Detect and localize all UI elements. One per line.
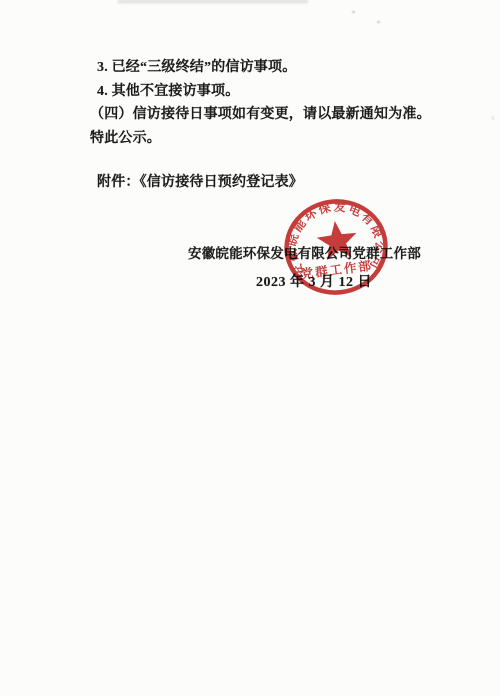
- document-page: 3. 已经“三级终结”的信访事项。 4. 其他不宜接访事项。 （四）信访接待日事…: [0, 0, 500, 696]
- body-line-closing: 特此公示。: [90, 127, 450, 151]
- scan-artifact: [492, 116, 494, 120]
- star-icon: [315, 219, 359, 262]
- official-seal: 安徽皖能环保发电有限公司 党群工作部: [271, 182, 401, 312]
- notice-body: 3. 已经“三级终结”的信访事项。 4. 其他不宜接访事项。 （四）信访接待日事…: [90, 56, 450, 150]
- body-line-3: 3. 已经“三级终结”的信访事项。: [90, 56, 450, 80]
- seal-department-text: 党群工作部: [300, 258, 374, 282]
- body-line-item-4: （四）信访接待日事项如有变更，请以最新通知为准。: [90, 103, 450, 127]
- scan-artifact: [352, 11, 355, 13]
- scan-artifact: [377, 21, 380, 23]
- body-line-4: 4. 其他不宜接访事项。: [90, 80, 450, 104]
- scan-artifact: [118, 0, 308, 3]
